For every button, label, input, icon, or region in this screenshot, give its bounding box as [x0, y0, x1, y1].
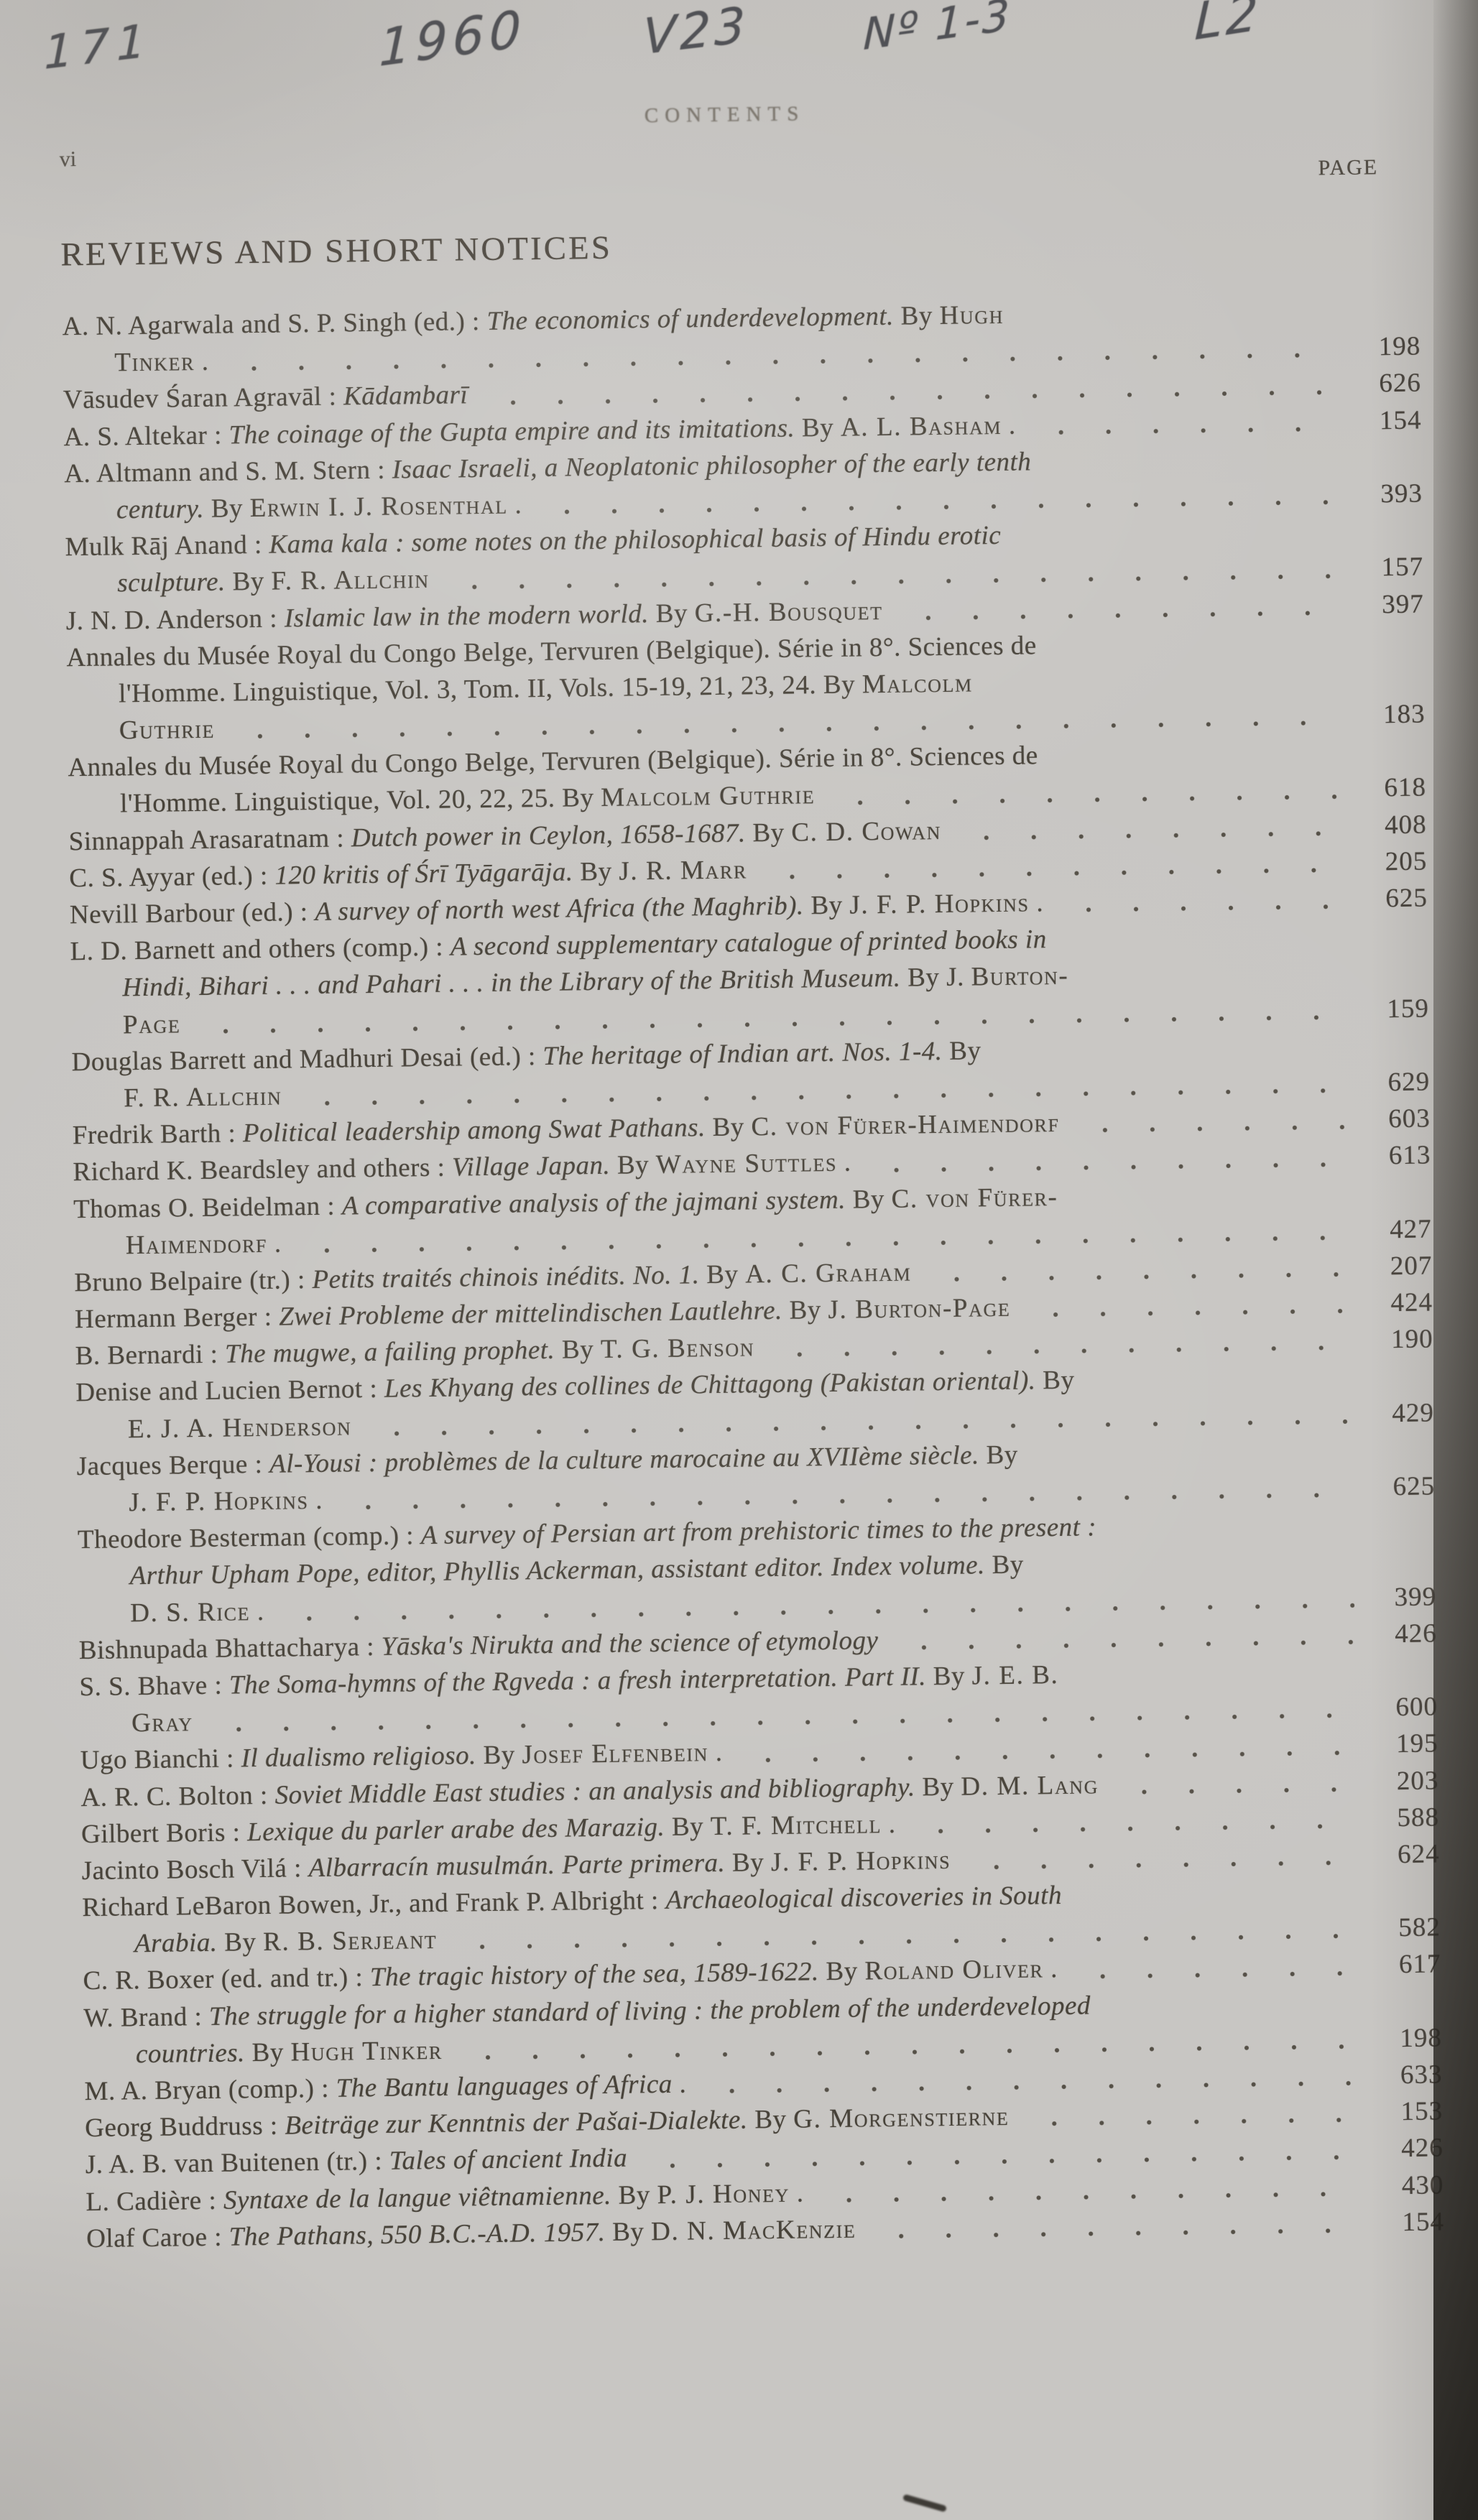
section-title: REVIEWS AND SHORT NOTICES [60, 228, 612, 274]
page-number: 198 [1378, 2019, 1442, 2057]
dot-leader [820, 2190, 1362, 2205]
line-fill [982, 1053, 1430, 1059]
line-fill [1068, 980, 1428, 984]
line-fill [1038, 759, 1426, 764]
page-number: 195 [1375, 1725, 1438, 1763]
page-column-label: PAGE [1318, 155, 1378, 180]
page-number: 424 [1370, 1284, 1433, 1322]
toc-line-text: F. R. Allchin [124, 1078, 282, 1116]
page-number: 426 [1380, 2130, 1444, 2167]
toc-line-text: century. By Erwin I. J. Rosenthal . [116, 486, 522, 528]
toc-line-text: Haimendorf . [125, 1225, 281, 1264]
dot-leader [894, 1638, 1355, 1652]
page-number: 426 [1373, 1615, 1437, 1652]
line-fill [1058, 1200, 1432, 1205]
toc-line-text: D. S. Rice . [130, 1593, 264, 1631]
page-number: 582 [1377, 1909, 1441, 1947]
page-number: 625 [1364, 879, 1428, 917]
scanned-page: { "colors": {"paper":"#c8c6c3","ink":"#4… [0, 0, 1478, 2520]
page-number: 588 [1376, 1799, 1440, 1836]
page-number: 600 [1375, 1689, 1438, 1726]
page-background: 1711960V23Nº 1-3L2 vi CONTENTS PAGE REVI… [0, 0, 1478, 2520]
handwritten-mark: L2 [1193, 0, 1262, 52]
page-number: 159 [1365, 990, 1429, 1027]
page-number: 154 [1358, 402, 1422, 439]
page-number: 153 [1380, 2093, 1444, 2131]
dot-leader [867, 1159, 1349, 1174]
dot-leader [912, 1822, 1358, 1836]
toc-line-text: Arabia. By R. B. Serjeant [134, 1922, 438, 1962]
handwritten-mark: V23 [643, 0, 749, 66]
page-number: 617 [1377, 1946, 1441, 1983]
page-number: 207 [1369, 1247, 1433, 1284]
dot-leader [770, 1343, 1352, 1359]
toc-line-text: Gray [131, 1704, 193, 1741]
dot-leader [1025, 2116, 1361, 2128]
dot-leader [1073, 1968, 1359, 1981]
line-fill [1075, 1384, 1434, 1389]
dot-leader [739, 1748, 1357, 1764]
page-number: 393 [1359, 475, 1423, 512]
handwritten-mark: Nº 1-3 [863, 0, 1012, 60]
page-number: 203 [1375, 1762, 1439, 1799]
line-fill [1001, 539, 1423, 544]
page-number: 633 [1379, 2056, 1443, 2093]
page-number: 397 [1360, 585, 1424, 623]
dot-leader [643, 2152, 1362, 2170]
folio-number: vi [60, 147, 77, 172]
toc-line-text: Tinker . [114, 343, 209, 381]
line-fill [1096, 1532, 1436, 1536]
handwritten-annotations: 1711960V23Nº 1-3L2 [0, 0, 1462, 1]
line-fill [1091, 2009, 1441, 2014]
line-fill [1047, 943, 1428, 948]
page-number: 399 [1373, 1578, 1437, 1616]
page-number: 629 [1367, 1063, 1431, 1101]
toc-line-text: Vāsudev Śaran Agravāl : Kādambarī [63, 377, 468, 419]
toc-line-text: E. J. A. Henderson [128, 1408, 352, 1447]
line-fill [1062, 1899, 1440, 1904]
page-number: 430 [1380, 2167, 1444, 2204]
line-fill [1004, 318, 1421, 323]
dot-leader [1114, 1785, 1357, 1797]
line-fill [973, 685, 1425, 691]
page-number: 157 [1360, 549, 1424, 586]
page-number: 624 [1376, 1835, 1440, 1873]
line-fill [1037, 649, 1425, 654]
scan-content: 1711960V23Nº 1-3L2 vi CONTENTS PAGE REVI… [0, 0, 1478, 2520]
page-number: 625 [1372, 1468, 1436, 1505]
dot-leader [1032, 425, 1340, 437]
toc-list: A. N. Agarwala and S. P. Singh (ed.) : T… [62, 292, 1444, 2257]
dot-leader [1059, 902, 1346, 914]
dot-leader [1076, 1123, 1349, 1135]
toc-line-text: Guthrie [119, 711, 215, 749]
line-fill [1059, 1678, 1438, 1683]
dot-leader [831, 792, 1344, 807]
dot-leader [1026, 1307, 1351, 1320]
page-number: 205 [1364, 843, 1428, 880]
handwritten-mark: 171 [44, 14, 152, 80]
dot-leader [899, 608, 1342, 623]
page-number: 183 [1362, 696, 1426, 733]
line-fill [1031, 465, 1422, 470]
dot-leader [966, 1858, 1358, 1872]
page-number: 613 [1367, 1137, 1431, 1175]
dot-leader [927, 1270, 1350, 1284]
handwritten-mark: 1960 [379, 0, 527, 78]
dot-leader [702, 2079, 1360, 2096]
line-fill [1024, 1568, 1436, 1573]
page-number: 603 [1367, 1101, 1431, 1138]
page-number: 429 [1371, 1394, 1435, 1432]
page-number: 618 [1363, 769, 1427, 807]
toc-line-text: countries. By Hugh Tinker [136, 2032, 443, 2073]
page-number: 190 [1370, 1321, 1433, 1358]
page-number: 427 [1368, 1210, 1432, 1248]
page-number: 154 [1381, 2203, 1445, 2241]
dot-leader [763, 866, 1346, 881]
line-fill [1018, 1458, 1435, 1463]
page-number: 198 [1357, 328, 1421, 366]
toc-line-text: sculpture. By F. R. Allchin [117, 561, 430, 602]
running-head: CONTENTS [0, 94, 1464, 136]
toc-line-text: J. F. P. Hopkins . [129, 1482, 323, 1521]
dot-leader [957, 829, 1345, 843]
page-number: 408 [1363, 806, 1427, 843]
toc-line-text: J. A. B. van Buitenen (tr.) : Tales of a… [86, 2140, 628, 2184]
toc-line-text: Page [123, 1006, 181, 1043]
page-number: 626 [1358, 365, 1422, 402]
dot-leader [872, 2226, 1362, 2241]
